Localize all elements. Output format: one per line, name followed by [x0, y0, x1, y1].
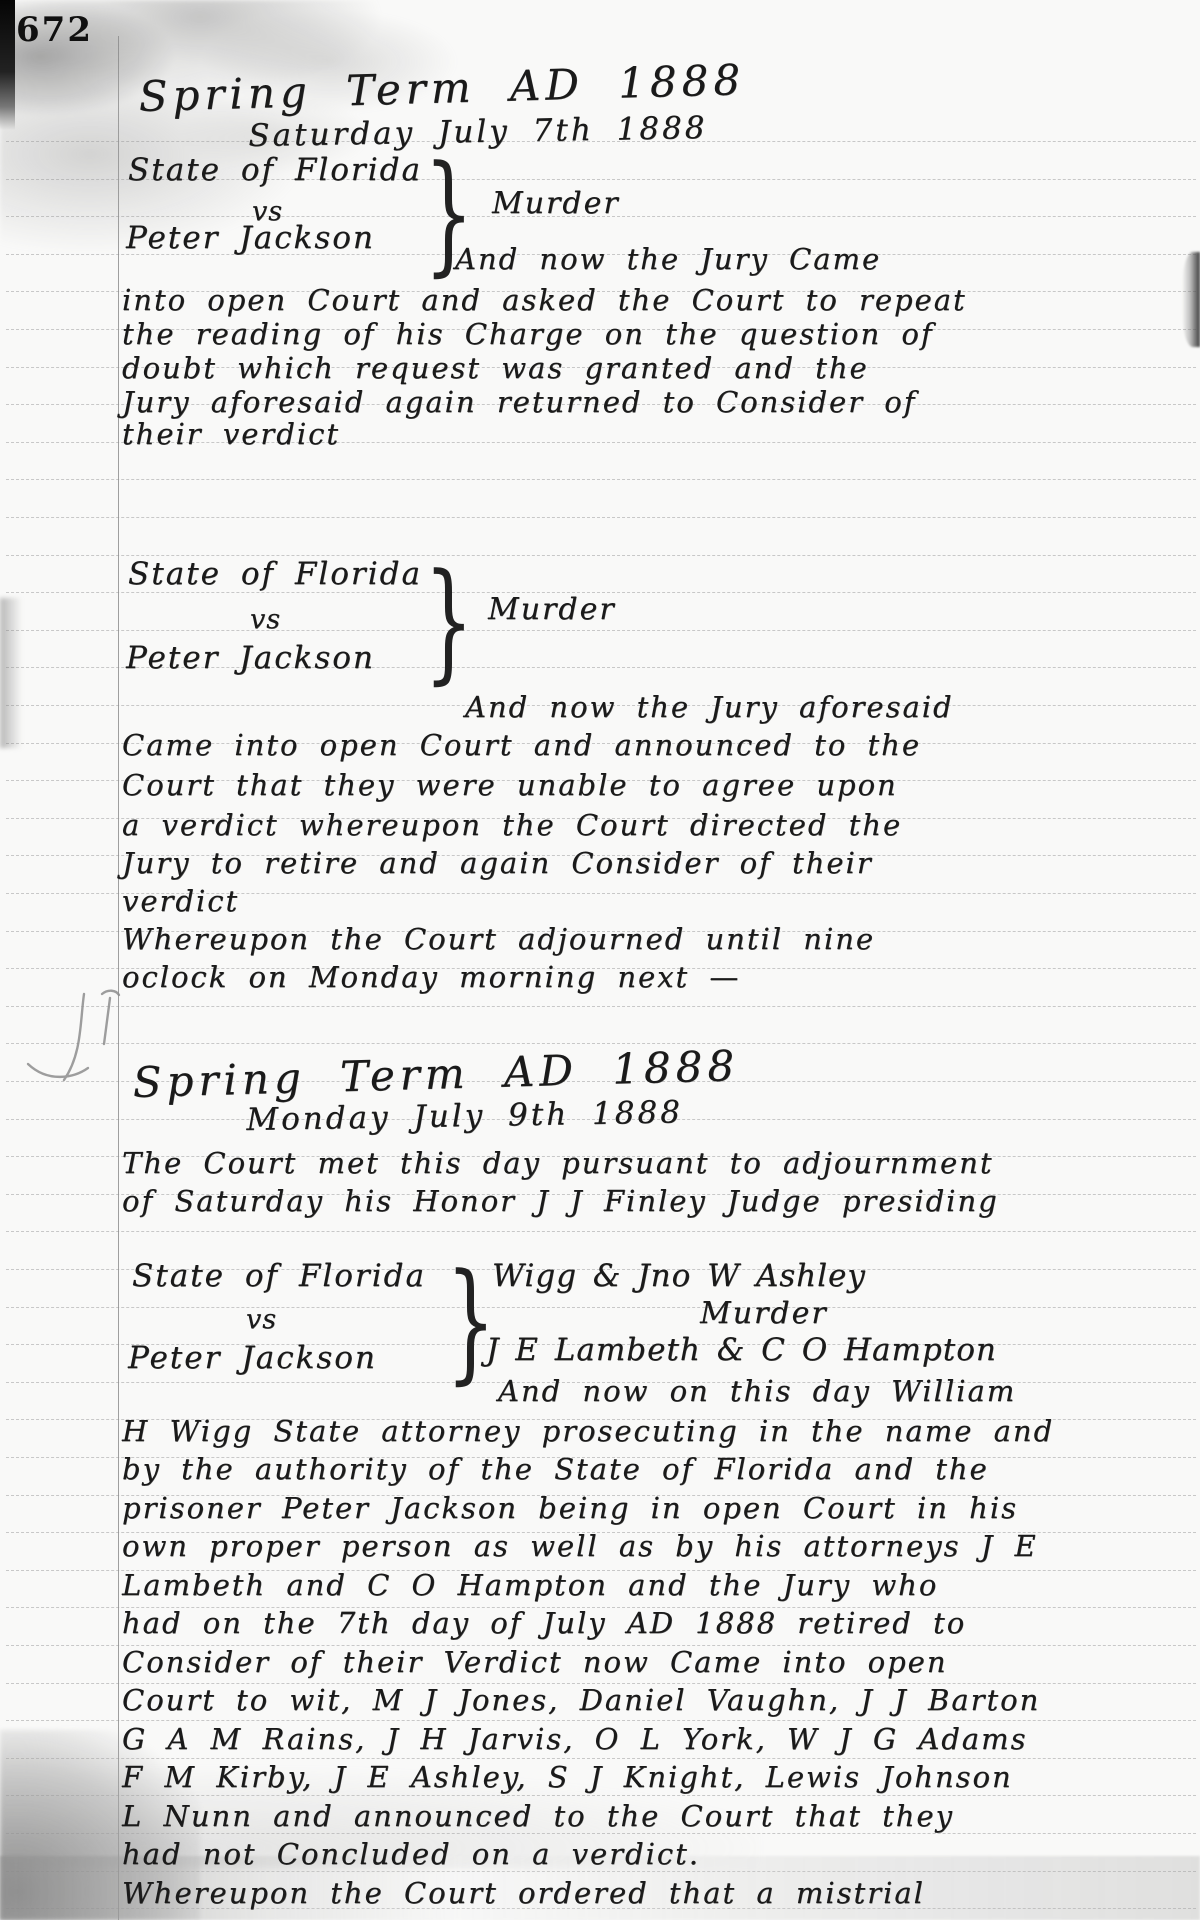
- charge-label: Murder: [488, 592, 616, 627]
- party-plaintiff: State of Florida: [128, 556, 422, 592]
- handwritten-line: L Nunn and announced to the Court that t…: [122, 1799, 954, 1833]
- handwritten-line: And now on this day William: [498, 1374, 1016, 1408]
- handwritten-line: oclock on Monday morning next —: [122, 960, 740, 994]
- party-plaintiff: State of Florida: [128, 152, 422, 188]
- charge-label: Murder: [492, 186, 620, 221]
- counsel-defense: J E Lambeth & C O Hampton: [486, 1332, 997, 1368]
- versus-label: vs: [246, 1304, 277, 1335]
- handwritten-line: prisoner Peter Jackson being in open Cou…: [122, 1491, 1018, 1525]
- handwritten-line: a verdict whereupon the Court directed t…: [122, 808, 902, 842]
- handwritten-line: Court that they were unable to agree upo…: [122, 768, 898, 802]
- handwritten-line: Whereupon the Court ordered that a mistr…: [122, 1876, 925, 1910]
- charge-label: Murder: [700, 1296, 828, 1331]
- handwritten-line: Whereupon the Court adjourned until nine: [122, 922, 875, 956]
- handwritten-line: The Court met this day pursuant to adjou…: [122, 1146, 994, 1180]
- scan-smudge-right-edge: [1182, 252, 1200, 347]
- handwritten-line: And now the Jury Came: [455, 242, 881, 276]
- handwritten-line: the reading of his Charge on the questio…: [122, 317, 934, 351]
- handwritten-line: Lambeth and C O Hampton and the Jury who: [122, 1568, 938, 1602]
- scanned-ledger-page: 672 Spring Term AD 1888 Saturday July 7t…: [0, 0, 1200, 1920]
- handwritten-line: doubt which request was granted and the: [122, 351, 869, 385]
- handwritten-line: F M Kirby, J E Ashley, S J Knight, Lewis…: [122, 1760, 1013, 1794]
- scan-edge-dark-strip: [0, 0, 15, 130]
- party-defendant: Peter Jackson: [126, 640, 375, 676]
- handwritten-line: their verdict: [122, 417, 340, 451]
- page-number: 672: [16, 10, 93, 50]
- party-defendant: Peter Jackson: [126, 220, 375, 256]
- session-date: Saturday July 7th 1888: [248, 110, 708, 154]
- session-date: Monday July 9th 1888: [246, 1094, 683, 1138]
- counsel-prosecution: Wigg & Jno W Ashley: [492, 1258, 866, 1294]
- party-defendant: Peter Jackson: [128, 1340, 377, 1376]
- handwritten-line: had on the 7th day of July AD 1888 retir…: [122, 1606, 966, 1640]
- handwritten-line: had not Concluded on a verdict.: [122, 1837, 700, 1871]
- handwritten-line: by the authority of the State of Florida…: [122, 1452, 989, 1486]
- party-plaintiff: State of Florida: [132, 1258, 426, 1294]
- handwritten-line: H Wigg State attorney prosecuting in the…: [122, 1414, 1054, 1448]
- handwritten-line: And now the Jury aforesaid: [465, 690, 954, 724]
- handwritten-line: of Saturday his Honor J J Finley Judge p…: [122, 1184, 999, 1218]
- margin-rule: [118, 36, 119, 1920]
- handwritten-line: into open Court and asked the Court to r…: [122, 283, 967, 317]
- scan-smudge-left-mid: [0, 598, 22, 748]
- handwritten-line: own proper person as well as by his atto…: [122, 1529, 1038, 1563]
- handwritten-line: Came into open Court and announced to th…: [122, 728, 921, 762]
- handwritten-line: Jury aforesaid again returned to Conside…: [122, 385, 916, 419]
- handwritten-line: Court to wit, M J Jones, Daniel Vaughn, …: [122, 1683, 1040, 1717]
- handwritten-line: Consider of their Verdict now Came into …: [122, 1645, 948, 1679]
- pencil-scribble-mark: [22, 988, 142, 1098]
- versus-label: vs: [250, 604, 281, 635]
- handwritten-line: G A M Rains, J H Jarvis, O L York, W J G…: [122, 1722, 1027, 1756]
- handwritten-line: verdict: [122, 884, 239, 918]
- caption-brace: }: [424, 556, 474, 686]
- handwritten-line: Jury to retire and again Consider of the…: [122, 846, 873, 880]
